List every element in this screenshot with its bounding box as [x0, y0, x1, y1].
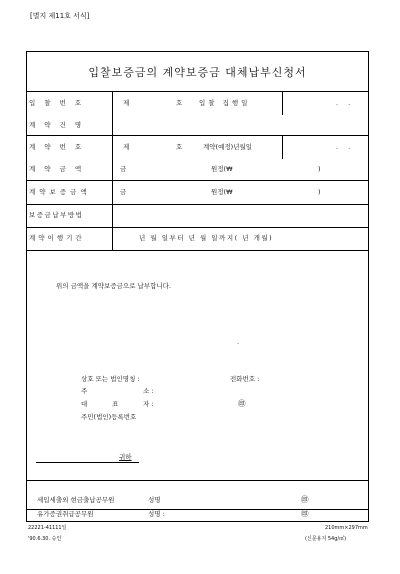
representative-label-first: 대	[81, 401, 87, 408]
bid-number-prefix: 제	[123, 100, 129, 107]
contract-number-prefix: 제	[123, 144, 129, 151]
performance-period-value[interactable]: 년 월 일부터 년 월 일까지( 년 개월)	[139, 235, 273, 242]
label-contract-amount: 계약금액	[29, 166, 90, 173]
payment-method-field[interactable]	[118, 208, 363, 222]
label-deposit-amount: 계약보증금액	[29, 189, 91, 196]
form-number: [별지 제11호 서식]	[30, 13, 89, 20]
column-divider	[282, 135, 283, 159]
frame-left-ext	[26, 509, 27, 522]
contract-amount-prefix: 금	[120, 166, 126, 173]
deposit-amount-close: )	[318, 189, 321, 196]
row-divider	[26, 227, 369, 228]
phone-label: 전화번호 :	[230, 376, 259, 383]
cash-official-label: 세입세출외 현금출납공무원	[37, 497, 114, 504]
page-title: 입찰보증금의 계약보증금 대체납부신청서	[26, 52, 369, 91]
label-contract-number: 계약번호	[29, 144, 90, 151]
frame-right	[368, 51, 369, 510]
cash-official-seal-icon: ㊞	[301, 496, 309, 504]
row-divider	[26, 204, 369, 205]
footer-paper-size: 210mm×297mm	[325, 526, 368, 531]
registration-number-label: 주민(법인)등록번호	[81, 414, 136, 421]
cash-official-name-label: 성명	[148, 497, 161, 504]
frame-bottom-final	[26, 521, 369, 522]
deposit-amount-prefix: 금	[120, 189, 126, 196]
footer-paper-type: (신문용지 54g/㎡)	[305, 537, 346, 542]
label-performance-period: 계약이행기간	[29, 235, 85, 242]
representative-label-third: 자 :	[143, 401, 154, 408]
label-contract-name: 계약건명	[29, 122, 90, 129]
row-divider	[26, 250, 369, 251]
body-statement: 위의 금액을 계약보증금으로 납부합니다.	[56, 283, 171, 290]
row-divider	[26, 180, 369, 181]
date-line[interactable]: .	[237, 339, 239, 346]
bid-date-value[interactable]: . .	[336, 100, 354, 107]
address-label-second: 소 :	[143, 388, 154, 395]
column-divider	[112, 91, 113, 250]
contract-date-value[interactable]: . .	[336, 144, 354, 151]
row-divider	[26, 91, 369, 92]
footer-approval: '90.6.30. 승인	[28, 537, 61, 542]
representative-label-second: 표	[112, 401, 118, 408]
footer-form-code: 22221-41111일	[28, 526, 66, 531]
contract-amount-close: )	[318, 166, 321, 173]
company-name-label: 상호 또는 법인명칭 :	[81, 376, 140, 383]
column-divider	[282, 91, 283, 115]
deposit-amount-won: 원정(₩	[211, 189, 233, 196]
row-divider	[26, 135, 369, 136]
securities-official-name-label: 성명 :	[148, 511, 165, 518]
addressee-underline	[36, 462, 139, 463]
bid-date-label: 입찰 집행일	[199, 100, 250, 107]
label-payment-method: 보증금납부방법	[29, 212, 83, 219]
securities-official-seal-icon: ㊞	[301, 510, 309, 518]
addressee-label: 귀하	[119, 454, 132, 461]
securities-official-label: 유가증권취급공무원	[37, 511, 94, 518]
contract-amount-won: 원정(₩	[211, 166, 233, 173]
contract-date-label: 계약(예정)년월일	[203, 144, 252, 151]
frame-right-ext	[368, 509, 369, 522]
seal-icon: ㊞	[238, 400, 246, 408]
contract-name-field[interactable]	[118, 118, 363, 130]
bid-number-suffix: 호	[176, 100, 182, 107]
address-label-first: 주	[81, 388, 87, 395]
label-bid-number: 입찰번호	[29, 100, 90, 107]
frame-left	[26, 51, 27, 510]
contract-number-suffix: 호	[176, 144, 182, 151]
row-divider	[26, 480, 369, 481]
